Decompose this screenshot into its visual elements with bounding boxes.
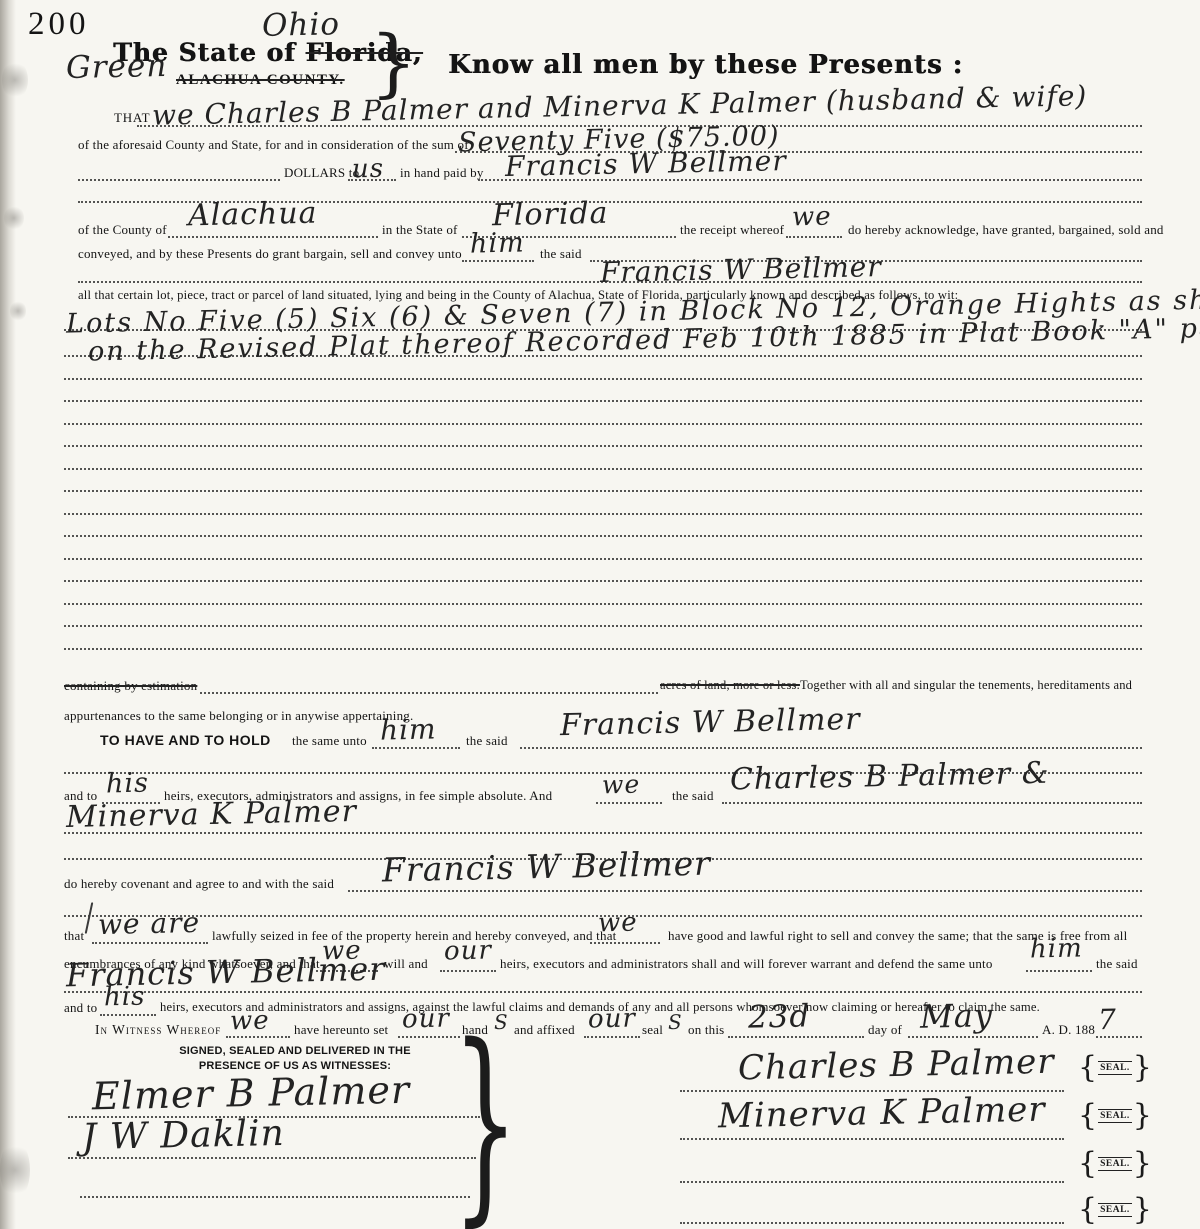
on-this-printed: on this <box>688 1022 724 1038</box>
ruled-line <box>64 580 1142 582</box>
consideration-printed: of the aforesaid County and State, for a… <box>78 137 469 153</box>
hw-grantors: we Charles B Palmer and Minerva K Palmer… <box>152 82 1088 130</box>
ruled-line <box>64 378 1142 380</box>
seal-stamp-2: SEAL. <box>1078 1102 1152 1129</box>
ruled-line <box>64 558 1142 560</box>
appurtenances-printed: appurtenances to the same belonging or i… <box>64 708 413 724</box>
hw-payer: Francis W Bellmer <box>505 147 787 181</box>
seal-label: SEAL. <box>1098 1203 1132 1217</box>
hw-to-us: us <box>352 156 385 183</box>
set-printed: have hereunto set <box>294 1022 388 1038</box>
hw-grantor1-signature: Charles B Palmer <box>738 1045 1055 1086</box>
ruled-line <box>680 1138 1064 1140</box>
ruled-line <box>348 890 1142 892</box>
ruled-line <box>64 603 1142 605</box>
ruled-line <box>64 535 1142 537</box>
ruled-line <box>78 179 280 181</box>
hw-grantee-name: Francis W Bellmer <box>600 253 882 287</box>
in-witness-printed: In Witness Whereof <box>95 1022 221 1038</box>
hw-seal-plural-s: S <box>668 1012 683 1032</box>
ruled-line <box>200 692 658 694</box>
scan-smudge <box>2 60 28 100</box>
warrant-the-said-printed: the said <box>1096 956 1138 972</box>
seal-label: SEAL. <box>1098 1157 1132 1171</box>
ruled-line <box>440 970 496 972</box>
ruled-line <box>64 490 1142 492</box>
to-have-label: TO HAVE AND TO HOLD <box>100 732 271 748</box>
together-printed: Together with all and singular the tenem… <box>800 678 1132 693</box>
ruled-line <box>1026 970 1092 972</box>
hw-we-are: we are <box>98 909 201 939</box>
ruled-line <box>680 1181 1064 1183</box>
ruled-line <box>80 1196 470 1198</box>
hw-hold-him: him <box>380 715 437 744</box>
ruled-line <box>596 802 662 804</box>
hw-unto-him: him <box>470 229 525 257</box>
seal-label: SEAL. <box>1098 1061 1132 1075</box>
hw-state-ohio: Ohio <box>262 9 341 42</box>
ruled-line <box>64 468 1142 470</box>
hw-grantor2-signature: Minerva K Palmer <box>718 1093 1046 1134</box>
hw-witness2-signature: J W Daklin <box>82 1116 285 1156</box>
scan-smudge <box>10 300 26 322</box>
covenant-printed: do hereby covenant and agree to and with… <box>64 876 334 892</box>
ruled-line <box>64 832 1142 834</box>
margin-check-mark <box>85 902 94 934</box>
page-number: 200 <box>28 6 90 43</box>
hw-year-digit: 7 <box>1098 1006 1117 1034</box>
hw-grantor1-name: Charles B Palmer & <box>730 759 1050 796</box>
ad-year-printed: A. D. 188 <box>1042 1022 1095 1038</box>
ruled-line <box>68 1157 476 1159</box>
hw-state-florida: Florida <box>492 199 609 231</box>
struck-containing: containing by estimation <box>64 678 197 694</box>
hw-conveyed-we: we <box>598 910 638 937</box>
the-said-printed: the said <box>540 246 582 262</box>
heirs-the-said-printed: the said <box>672 788 714 804</box>
county-of-printed: of the County of <box>78 222 167 238</box>
ruled-line <box>728 1036 864 1038</box>
ruled-line <box>100 1014 156 1016</box>
seal-label: SEAL. <box>1098 1109 1132 1123</box>
deed-document-page: 200 Ohio The State of Florida, } Know al… <box>0 0 1200 1229</box>
ruled-line <box>590 942 660 944</box>
ruled-line <box>92 942 208 944</box>
ruled-line <box>908 1036 1038 1038</box>
witness-heading-line1: SIGNED, SEALED AND DELIVERED IN THE <box>179 1045 411 1057</box>
seal-stamp-3: SEAL. <box>1078 1150 1152 1177</box>
ruled-line <box>64 513 1142 515</box>
convey-printed: conveyed, and by these Presents do grant… <box>78 246 462 262</box>
affixed-printed: and affixed <box>514 1022 575 1038</box>
hw-grantor2-name: Minerva K Palmer <box>66 797 357 833</box>
hw-county-green: Green <box>66 51 168 84</box>
ruled-line <box>64 625 1142 627</box>
hw-county-alachua: Alachua <box>188 199 318 232</box>
seal-stamp-4: SEAL. <box>1078 1196 1152 1223</box>
seized-printed: lawfully seized in fee of the property h… <box>212 928 616 944</box>
hw-hold-grantee: Francis W Bellmer <box>560 705 861 741</box>
hw-covenant-grantee: Francis W Bellmer <box>382 847 712 887</box>
ruled-line <box>786 236 842 238</box>
will-and-printed: will and <box>384 956 428 972</box>
hw-witness1-signature: Elmer B Palmer <box>92 1071 411 1116</box>
struck-acres: acres of land, more or less. <box>660 678 800 693</box>
ruled-line <box>398 1036 460 1038</box>
hw-receipt-we: we <box>792 204 832 231</box>
proclamation-title: Know all men by these Presents : <box>448 50 963 80</box>
hold-the-said-printed: the said <box>466 733 508 749</box>
hw-witness-we: we <box>230 1008 270 1035</box>
state-of-printed: in the State of <box>382 222 458 238</box>
hw-warrant-him: him <box>1030 935 1083 962</box>
ruled-line <box>64 445 1142 447</box>
paid-by-printed: in hand paid by <box>400 165 484 181</box>
ruled-line <box>722 802 1142 804</box>
ruled-line <box>64 648 1142 650</box>
ruled-line <box>64 991 1142 993</box>
hw-his: his <box>106 770 149 798</box>
ruled-line <box>1096 1036 1142 1038</box>
ruled-line <box>64 423 1142 425</box>
ruled-line <box>168 236 378 238</box>
claims-and-to-printed: and to <box>64 1000 97 1016</box>
hw-claims-his: his <box>104 984 146 1011</box>
that-label: THAT <box>114 110 150 126</box>
scan-smudge <box>4 205 24 231</box>
hw-our-hands: our <box>402 1006 450 1033</box>
ruled-line <box>372 747 460 749</box>
hw-and-we: we <box>602 772 641 798</box>
hw-month: May <box>920 999 994 1033</box>
hw-day-number: 23d <box>748 1001 811 1033</box>
day-of-printed: day of <box>868 1022 902 1038</box>
ruled-line <box>584 1036 640 1038</box>
scan-edge-shadow <box>0 0 16 1229</box>
seal-printed: seal <box>642 1022 663 1038</box>
ruled-line <box>462 260 534 262</box>
scan-smudge <box>0 1140 30 1200</box>
acknowledge-printed: do hereby acknowledge, have granted, bar… <box>848 222 1164 238</box>
same-unto-printed: the same unto <box>292 733 367 749</box>
header-brace: } <box>370 26 417 100</box>
hw-our: our <box>444 938 492 965</box>
witness-block-brace: } <box>452 1018 519 1228</box>
seal-stamp-1: SEAL. <box>1078 1054 1152 1081</box>
ruled-line <box>64 400 1142 402</box>
that-printed: that <box>64 928 84 944</box>
receipt-printed: the receipt whereof <box>680 222 784 238</box>
struck-county: ALACHUA COUNTY. <box>176 72 345 89</box>
ruled-line <box>520 747 1142 749</box>
hw-our-seals: our <box>588 1006 636 1033</box>
warrant-printed: heirs, executors and administrators shal… <box>500 956 993 972</box>
ruled-line <box>680 1222 1064 1224</box>
